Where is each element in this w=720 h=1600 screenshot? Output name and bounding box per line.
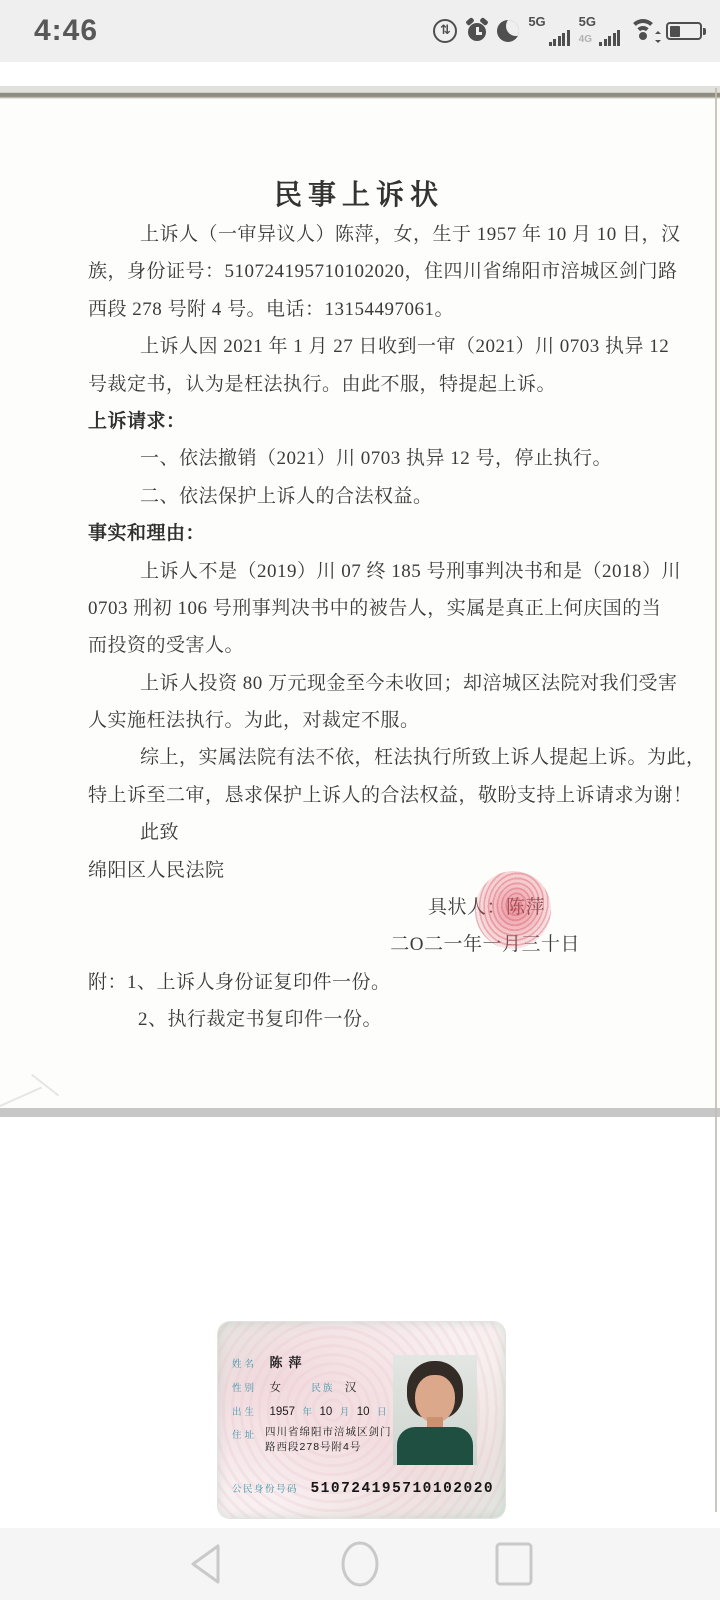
id-birth-day: 10 xyxy=(357,1406,370,1418)
recents-button[interactable] xyxy=(474,1534,554,1594)
id-sex-label: 性别 xyxy=(232,1383,257,1394)
document-line: 上诉人因 2021 年 1 月 27 日收到一审（2021）川 0703 执异 … xyxy=(88,328,630,365)
id-address-value: 四川省绵阳市涪城区剑门路西段278号附4号 xyxy=(265,1425,392,1454)
document-line: 综上，实属法院有法不依，枉法执行所致上诉人提起上诉。为此， xyxy=(88,739,630,776)
document-line: 二O二一年一月三十日 xyxy=(88,926,630,963)
alarm-icon xyxy=(466,20,488,42)
id-birth-label: 出生 xyxy=(232,1407,257,1418)
signal-5g-sim2-icon: 5G 4G xyxy=(579,16,620,46)
document-line: 上诉人不是（2019）川 07 终 185 号刑事判决书和是（2018）川 xyxy=(88,553,630,590)
document-title: 民事上诉状 xyxy=(88,176,630,216)
android-screen: 4:46 ⇅ 5G 5G 4G xyxy=(0,0,720,1600)
document-line: 上诉请求： xyxy=(88,403,630,440)
id-ethnic-label: 民族 xyxy=(311,1383,334,1394)
photo-sweater xyxy=(397,1427,473,1465)
photo-face xyxy=(415,1375,455,1423)
document-line: 族，身份证号：510724195710102020，住四川省绵阳市涪城区剑门路 xyxy=(88,253,630,290)
id-address-row: 住址四川省绵阳市涪城区剑门路西段278号附4号 xyxy=(232,1425,392,1454)
document-line: 上诉人投资 80 万元现金至今未收回；却涪城区法院对我们受害 xyxy=(88,665,630,702)
document-line: 西段 278 号附 4 号。电话：13154497061。 xyxy=(88,291,630,328)
dnd-moon-icon xyxy=(497,20,519,42)
id-sex-value: 女 xyxy=(269,1382,281,1394)
document-scan-viewer[interactable]: 民事上诉状 上诉人（一审异议人）陈萍，女，生于 1957 年 10 月 10 日… xyxy=(0,62,720,1528)
document-line: 二、依法保护上诉人的合法权益。 xyxy=(88,478,630,515)
id-photo xyxy=(393,1355,477,1465)
wifi-icon xyxy=(629,19,657,43)
document-line: 一、依法撤销（2021）川 0703 执异 12 号，停止执行。 xyxy=(88,440,630,477)
id-sex-row: 性别 女 民族 汉 xyxy=(232,1378,356,1396)
document-line: 此致 xyxy=(88,814,630,851)
id-name-label: 姓名 xyxy=(232,1359,257,1370)
back-button[interactable] xyxy=(167,1534,247,1594)
scan-page-2: 姓名 陈萍 性别 女 民族 汉 出生 1957 年 10 月 10 日 xyxy=(0,1117,720,1528)
id-birth-month: 10 xyxy=(319,1406,332,1418)
navigation-bar xyxy=(0,1528,720,1600)
document-line: 绵阳区人民法院 xyxy=(88,852,630,889)
id-name-value: 陈萍 xyxy=(269,1355,307,1370)
id-number-row: 公民身份号码 510724195710102020 xyxy=(232,1479,494,1497)
document-line: 号裁定书，认为是枉法执行。由此不服，特提起上诉。 xyxy=(88,366,630,403)
document-line: 2、执行裁定书复印件一份。 xyxy=(88,1001,630,1038)
scan-artifact xyxy=(0,1087,42,1108)
document-line: 事实和理由： xyxy=(88,515,630,552)
scan-artifact xyxy=(31,1074,59,1097)
document-line: 而投资的受害人。 xyxy=(88,627,630,664)
id-month-char: 月 xyxy=(340,1407,350,1418)
page-divider xyxy=(0,1108,720,1117)
status-time: 4:46 xyxy=(34,14,98,48)
document-line: 上诉人（一审异议人）陈萍，女，生于 1957 年 10 月 10 日，汉 xyxy=(88,216,630,253)
document-line: 特上诉至二审，恳求保护上诉人的合法权益，敬盼支持上诉请求为谢！ xyxy=(88,777,630,814)
scan-top-edge-shadow xyxy=(0,86,720,99)
id-ethnic-value: 汉 xyxy=(345,1382,357,1394)
id-card: 姓名 陈萍 性别 女 民族 汉 出生 1957 年 10 月 10 日 xyxy=(218,1322,505,1518)
document-line: 0703 刑初 106 号刑事判决书中的被告人，实属是真正上何庆国的当 xyxy=(88,590,630,627)
id-name-row: 姓名 陈萍 xyxy=(232,1352,307,1372)
document-line: 附：1、上诉人身份证复印件一份。 xyxy=(88,964,630,1001)
id-year-char: 年 xyxy=(303,1407,313,1418)
scan-page-1: 民事上诉状 上诉人（一审异议人）陈萍，女，生于 1957 年 10 月 10 日… xyxy=(0,99,720,1108)
id-address-label: 住址 xyxy=(232,1430,257,1441)
id-birth-row: 出生 1957 年 10 月 10 日 xyxy=(232,1402,389,1420)
id-birth-year: 1957 xyxy=(269,1406,295,1418)
id-number-label: 公民身份号码 xyxy=(232,1484,298,1495)
id-day-char: 日 xyxy=(377,1407,387,1418)
battery-icon xyxy=(666,22,702,40)
home-button[interactable] xyxy=(320,1534,400,1594)
scan-right-edge xyxy=(715,88,717,1512)
signal-5g-sim1-icon: 5G xyxy=(528,16,569,46)
status-bar: 4:46 ⇅ 5G 5G 4G xyxy=(0,0,720,62)
status-icons: ⇅ 5G 5G 4G xyxy=(433,0,702,62)
id-number-value: 510724195710102020 xyxy=(310,1481,494,1497)
scan-top-gap xyxy=(0,62,720,86)
document-line: 人实施枉法执行。为此，对裁定不服。 xyxy=(88,702,630,739)
data-saver-icon: ⇅ xyxy=(433,19,457,43)
appeal-document: 民事上诉状 上诉人（一审异议人）陈萍，女，生于 1957 年 10 月 10 日… xyxy=(0,99,720,1039)
